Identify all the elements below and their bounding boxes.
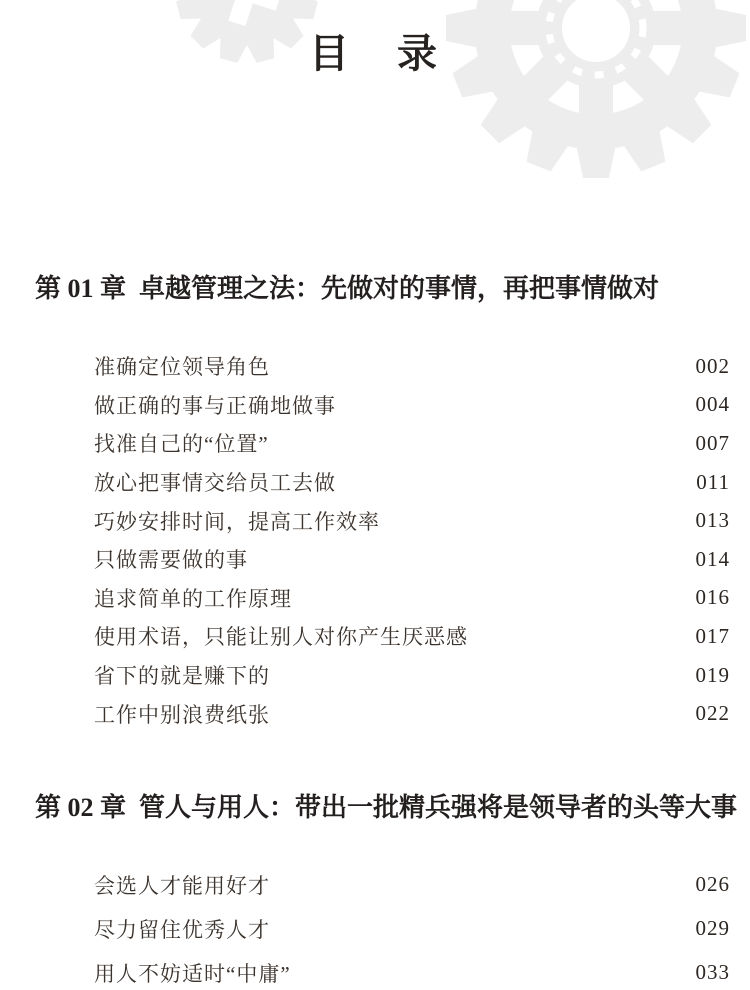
- chapter-2-list: 会选人才能用好才 026 尽力留住优秀人才 029 用人不妨适时“中庸” 033: [0, 863, 750, 990]
- toc-item-title: 省下的就是赚下的: [94, 660, 270, 690]
- chapter-1-heading: 第 01 章 卓越管理之法：先做对的事情，再把事情做对: [0, 273, 750, 305]
- toc-item-title: 尽力留住优秀人才: [94, 914, 270, 944]
- page-title: 目 录: [0, 0, 750, 78]
- toc-item: 工作中别浪费纸张 022: [0, 694, 750, 733]
- toc-item-page: 016: [696, 585, 731, 610]
- chapter-2-heading: 第 02 章 管人与用人：带出一批精兵强将是领导者的头等大事: [0, 792, 750, 824]
- toc-item-page: 022: [696, 701, 731, 726]
- toc-item: 省下的就是赚下的 019: [0, 656, 750, 695]
- toc-item-title: 用人不妨适时“中庸”: [94, 958, 291, 988]
- toc-item-page: 019: [696, 663, 731, 688]
- toc-item-title: 放心把事情交给员工去做: [94, 467, 336, 497]
- toc-item-page: 026: [696, 872, 731, 897]
- toc-item: 找准自己的“位置” 007: [0, 424, 750, 463]
- toc-item-page: 029: [696, 916, 731, 941]
- toc-item: 使用术语，只能让别人对你产生厌恶感 017: [0, 617, 750, 656]
- toc-item: 准确定位领导角色 002: [0, 347, 750, 386]
- toc-item-title: 会选人才能用好才: [94, 870, 270, 900]
- toc-item-title: 工作中别浪费纸张: [94, 699, 270, 729]
- toc-item-page: 002: [696, 354, 731, 379]
- toc-item-title: 巧妙安排时间，提高工作效率: [94, 506, 380, 536]
- toc-item: 追求简单的工作原理 016: [0, 579, 750, 618]
- toc-item: 巧妙安排时间，提高工作效率 013: [0, 501, 750, 540]
- toc-item: 用人不妨适时“中庸” 033: [0, 951, 750, 990]
- toc-item-page: 033: [696, 960, 731, 985]
- toc-item-page: 013: [696, 508, 731, 533]
- toc-item-page: 017: [696, 624, 731, 649]
- toc-content: 目 录 第 01 章 卓越管理之法：先做对的事情，再把事情做对 准确定位领导角色…: [0, 0, 750, 990]
- toc-item-page: 014: [696, 547, 731, 572]
- toc-item-title: 准确定位领导角色: [94, 351, 270, 381]
- toc-item-title: 追求简单的工作原理: [94, 583, 292, 613]
- toc-item-page: 004: [696, 392, 731, 417]
- toc-item-title: 做正确的事与正确地做事: [94, 390, 336, 420]
- chapter-1-list: 准确定位领导角色 002 做正确的事与正确地做事 004 找准自己的“位置” 0…: [0, 347, 750, 733]
- toc-item: 尽力留住优秀人才 029: [0, 907, 750, 951]
- toc-item: 做正确的事与正确地做事 004: [0, 386, 750, 425]
- toc-item-title: 找准自己的“位置”: [94, 428, 269, 458]
- toc-item-title: 只做需要做的事: [94, 544, 248, 574]
- toc-item: 会选人才能用好才 026: [0, 863, 750, 907]
- toc-item-page: 007: [696, 431, 731, 456]
- toc-item: 放心把事情交给员工去做 011: [0, 463, 750, 502]
- toc-page: 目 录 第 01 章 卓越管理之法：先做对的事情，再把事情做对 准确定位领导角色…: [0, 0, 750, 990]
- toc-item-title: 使用术语，只能让别人对你产生厌恶感: [94, 621, 468, 651]
- toc-item-page: 011: [696, 470, 730, 495]
- toc-item: 只做需要做的事 014: [0, 540, 750, 579]
